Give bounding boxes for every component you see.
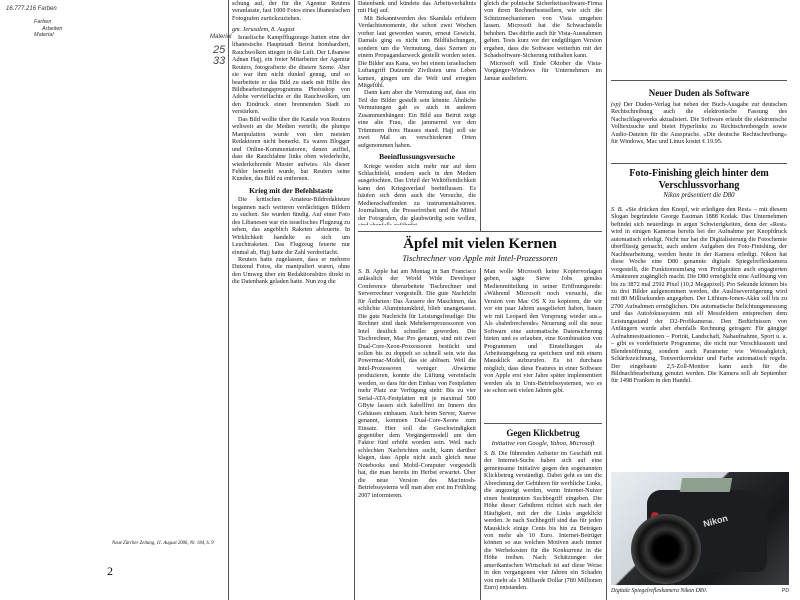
photo-caption: Digitale Spiegelreflexkamera Nikon D80. <box>611 588 707 594</box>
paragraph: Israelische Kampfflugzeuge hatten eine d… <box>232 34 350 116</box>
paragraph: (sp) Der Duden-Verlag hat neben der Buch… <box>611 101 787 146</box>
column-rule <box>606 0 607 600</box>
paragraph: Die kritischen Amateur-Bildredakteure be… <box>232 196 350 256</box>
byline: S. B. <box>358 268 371 275</box>
section-rule <box>611 163 787 164</box>
body-text: «Sie drücken den Knopf, wir erledigen de… <box>611 206 787 384</box>
byline: S. B. <box>484 450 496 457</box>
margin-note-colors: 16.777.216 Farben <box>6 6 57 12</box>
article-column-1: schung auf, der für die Agentur Reuters … <box>232 0 350 600</box>
article-column-3: gleich die polnische Sicherheitssoftware… <box>484 0 602 232</box>
camera-screen-shape <box>680 478 732 492</box>
camera-lens-shape <box>631 514 701 584</box>
paragraph: S. B. Apple hat am Montag in San Francis… <box>358 268 476 499</box>
column-rule <box>228 0 229 600</box>
section-rule <box>358 231 602 232</box>
page-ref: 33 <box>213 56 225 67</box>
apfel-headline: Äpfel mit vielen Kernen <box>360 236 600 253</box>
subheading: Krieg mit der Befehlstaste <box>232 187 350 194</box>
body-text: Der Duden-Verlag hat neben der Buch-Ausg… <box>611 101 787 145</box>
margin-page-refs: 25 33 <box>213 45 225 67</box>
apfel-column-2: Man wolle Microsoft keine Kopiervorlagen… <box>484 268 602 420</box>
paragraph: S. B. «Sie drücken den Knopf, wir erledi… <box>611 206 787 385</box>
photo-credit: PD <box>782 588 789 594</box>
byline: (sp) <box>611 101 621 108</box>
duden-article: (sp) Der Duden-Verlag hat neben der Buch… <box>611 101 787 161</box>
paragraph: Dann kam aber die Vermutung auf, dass ei… <box>358 89 476 149</box>
paragraph: Man wolle Microsoft keine Kopiervorlagen… <box>484 268 602 395</box>
byline: S. B. <box>611 206 623 213</box>
section-rule <box>484 423 602 424</box>
paragraph: Das Bild wollte über die Kanäle von Reut… <box>232 116 350 183</box>
paragraph: schung auf, der für die Agentur Reuters … <box>232 0 350 22</box>
paragraph: S. B. Die führenden Anbieter im Geschäft… <box>484 450 602 592</box>
subheading: Beeinflussungsversuche <box>358 153 476 160</box>
column-rule <box>354 0 355 600</box>
column-rule <box>480 268 481 600</box>
paragraph: Datenbank und kündete das Arbeitsverhält… <box>358 0 476 15</box>
body-text: Apple hat am Montag in San Francisco anl… <box>358 268 476 499</box>
paragraph: Mit Bekanntwerden des Skandals erfuhren … <box>358 15 476 90</box>
paragraph: Reuters hatte zugelassen, dass er mehrer… <box>232 256 350 286</box>
source-citation: Neue Zürcher Zeitung, 11. August 2006, N… <box>112 541 214 546</box>
paragraph: Microsoft will Ende Oktober die Vista-Vo… <box>484 60 602 82</box>
section-rule <box>611 80 787 81</box>
duden-headline: Neuer Duden als Software <box>611 88 787 98</box>
column-rule <box>480 0 481 232</box>
paragraph: gleich die polnische Sicherheitssoftware… <box>484 0 602 60</box>
apfel-subheadline: Tischrechner von Apple mit Intel-Prozess… <box>360 253 600 263</box>
foto-subheadline: Nikon präsentiert die D80 <box>611 192 787 199</box>
apfel-column-1: S. B. Apple hat am Montag in San Francis… <box>358 268 476 600</box>
body-text: Die führenden Anbieter im Geschäft mit d… <box>484 450 602 591</box>
camera-photo: Nikon <box>611 472 789 585</box>
foto-headline: Foto-Finishing gleich hinter dem Verschl… <box>611 168 787 191</box>
klick-article: S. B. Die führenden Anbieter im Geschäft… <box>484 450 602 600</box>
dateline: gm. Jerusalem, 8. August <box>232 26 350 33</box>
page-number: 2 <box>107 564 113 579</box>
margin-item: Material <box>34 32 63 39</box>
klick-headline: Gegen Klickbetrug <box>484 428 602 438</box>
paragraph: Kriege werden nicht mehr nur auf dem Sch… <box>358 163 476 225</box>
margin-note-list: Farben Arbeiten Material <box>34 19 63 39</box>
foto-article: S. B. «Sie drücken den Knopf, wir erledi… <box>611 206 787 464</box>
article-column-2: Datenbank und kündete das Arbeitsverhält… <box>358 0 476 225</box>
klick-subheadline: Initiative von Google, Yahoo, Microsoft <box>484 440 602 447</box>
